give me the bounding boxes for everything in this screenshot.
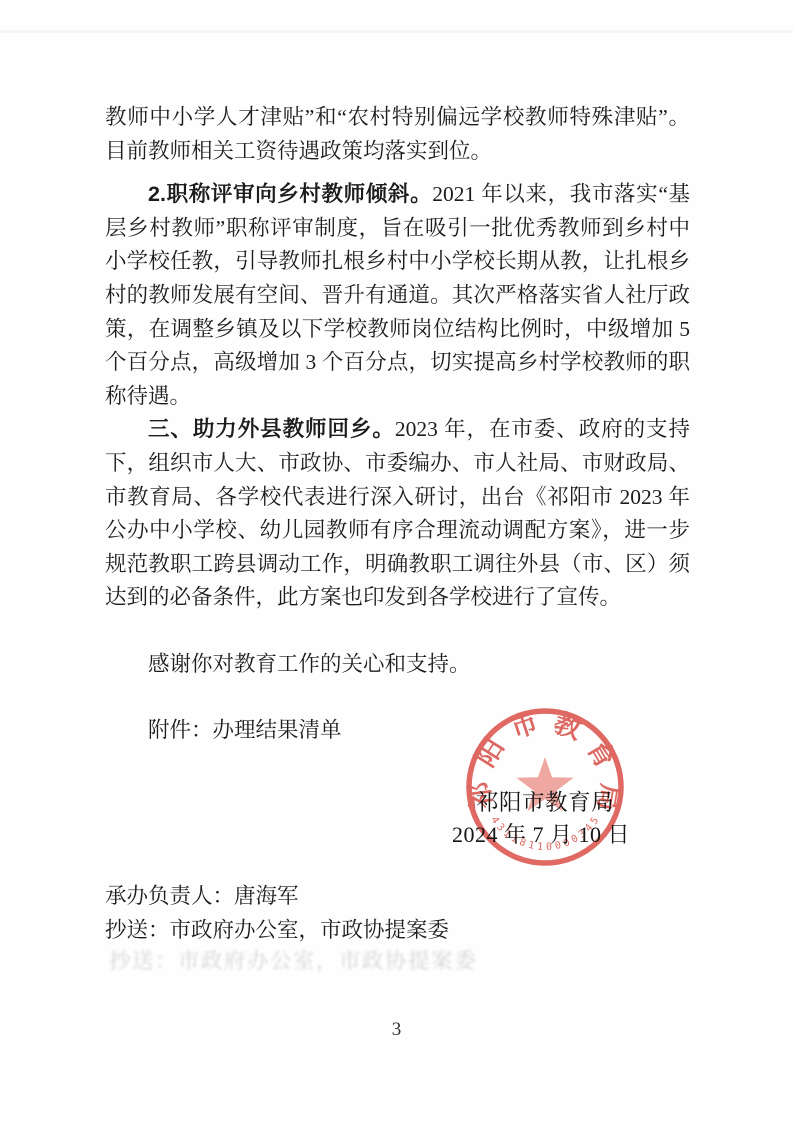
document-body: 教师中小学人才津贴”和“农村特别偏远学校教师特殊津贴”。目前教师相关工资待遇政策…	[105, 101, 690, 615]
closing-line: 感谢你对教育工作的关心和支持。	[105, 647, 690, 678]
paragraph-heading: 三、助力外县教师回乡。	[148, 417, 395, 441]
cc-line: 抄送：市政府办公室，市政协提案委	[105, 913, 449, 944]
document-page: 教师中小学人才津贴”和“农村特别偏远学校教师特殊津贴”。目前教师相关工资待遇政策…	[0, 0, 793, 1121]
paragraph: 教师中小学人才津贴”和“农村特别偏远学校教师特殊津贴”。目前教师相关工资待遇政策…	[105, 101, 690, 168]
signature-date: 2024 年 7 月 10 日	[452, 818, 630, 849]
bleed-through-ghost-text: 抄送：市政府办公室，市政协提案委	[109, 944, 477, 975]
signature-org: 祁阳市教育局	[476, 785, 614, 817]
scan-artifact-band	[0, 30, 793, 33]
page-number: 3	[0, 1019, 793, 1041]
paragraph: 2.职称评审向乡村教师倾斜。2021 年以来，我市落实“基层乡村教师”职称评审制…	[105, 178, 690, 413]
undertaker-line: 承办负责人：唐海军	[105, 879, 299, 910]
paragraph-heading: 2.职称评审向乡村教师倾斜。	[148, 182, 432, 206]
paragraph: 三、助力外县教师回乡。2023 年，在市委、政府的支持下，组织市人大、市政协、市…	[105, 413, 690, 615]
